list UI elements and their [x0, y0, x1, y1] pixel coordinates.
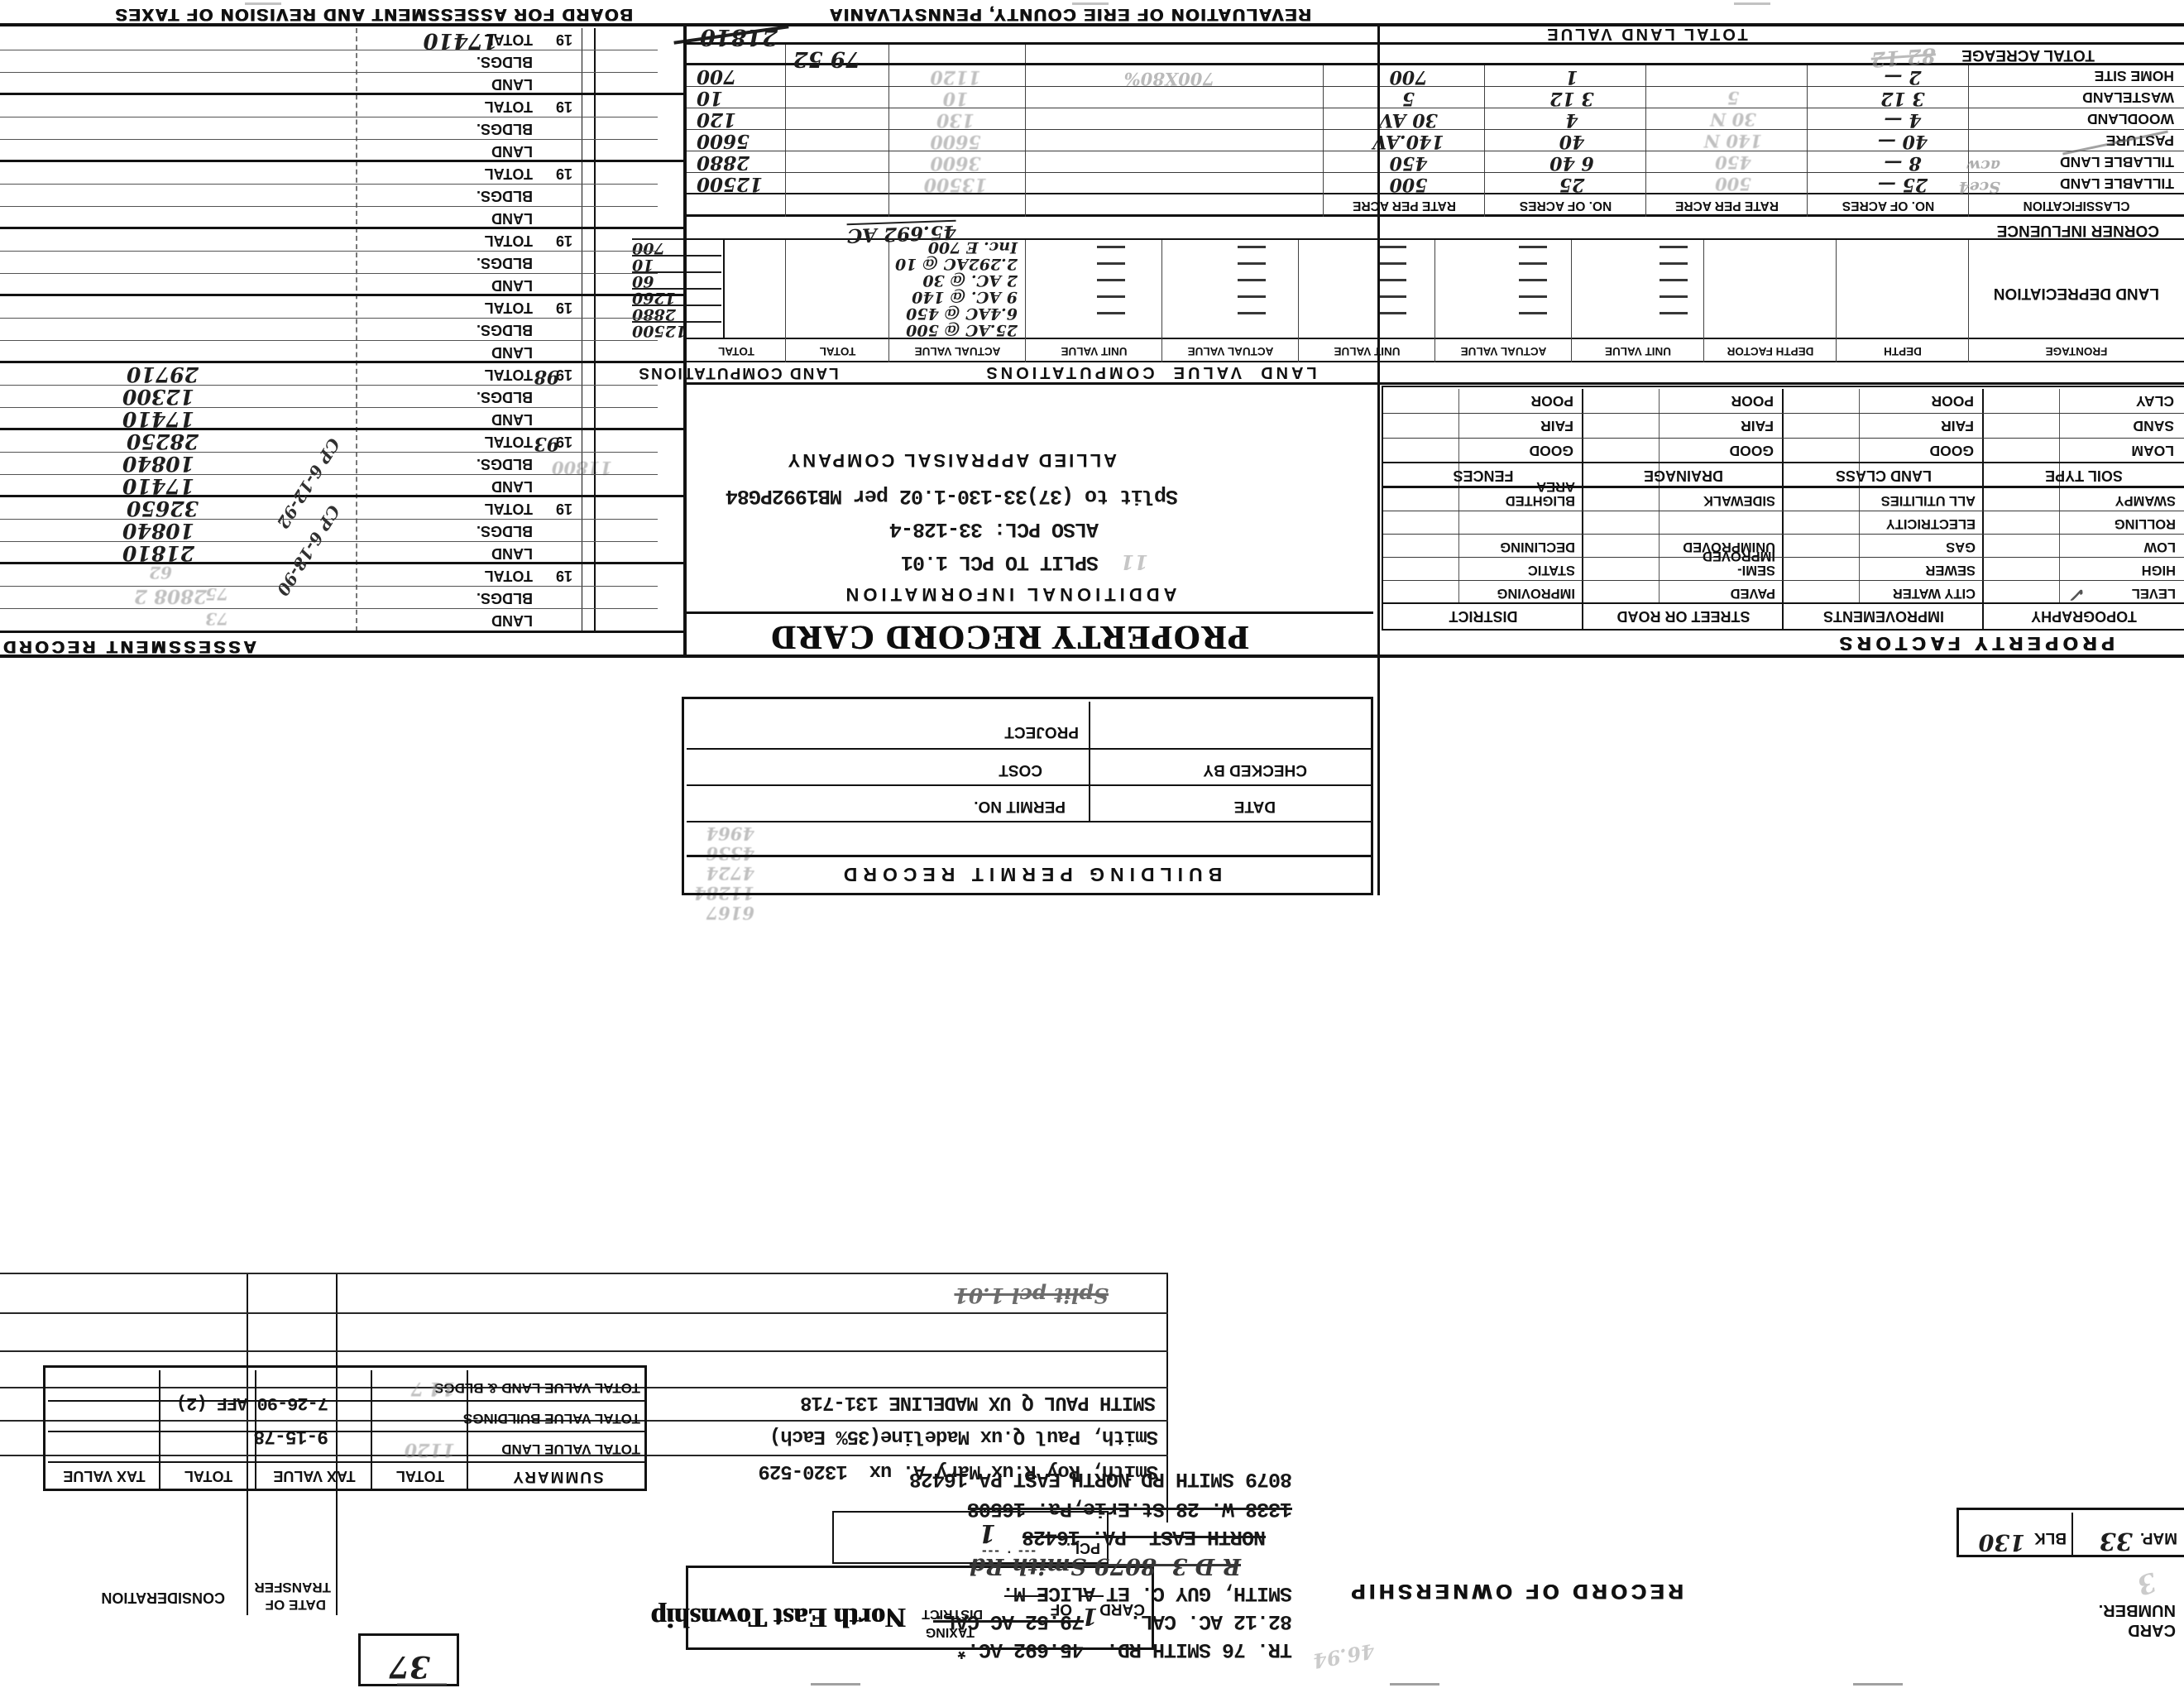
- class-label-4: WASTELAND: [2082, 90, 2174, 105]
- edge-speck-0: [1853, 1683, 1903, 1686]
- landcomp-colhead-5: UNIT VALUE: [1299, 342, 1435, 360]
- assessment-gutter-2: [582, 28, 582, 633]
- property-record-card-scan: CARDNUMBER.3MAP.33BLK130CARD1OFTAXINGDIS…: [0, 0, 2184, 1688]
- assessment-row-line-a-8: [0, 72, 658, 73]
- permit-title: BUILDING PERMIT RECORD: [687, 861, 1373, 889]
- dep-dash-3-4: [1097, 279, 1125, 281]
- assessment-label-total-7: TOTAL: [485, 98, 533, 114]
- address-line-2: 82.12 AC. CAL.: [1130, 1610, 1292, 1632]
- landcomp-vline-upper-7: [1025, 240, 1026, 362]
- summary-row-pencil-2: 14 7: [410, 1379, 455, 1398]
- class-total-4: 10: [697, 88, 784, 108]
- class-acres1-2: 40 —: [1853, 131, 1952, 151]
- assessment-row-line-a-1: [0, 541, 658, 542]
- factors-header-2: STREET OR ROAD: [1583, 606, 1784, 627]
- edge-speck-b-1: [1072, 3, 1109, 6]
- banner-bottom-rule: [687, 611, 1373, 614]
- ownership-rule-4: [0, 1312, 1168, 1314]
- permit-no-label: PERMIT NO.: [974, 798, 1066, 814]
- landcomp-colhead-3: UNIT VALUE: [1572, 342, 1704, 360]
- landcomp-vline-upper-4: [1434, 240, 1435, 362]
- landcomp-vline-upper-6: [1161, 240, 1162, 362]
- assessment-gutter-1: [595, 28, 596, 633]
- additional-line-1: SPLIT TO PCL 1.01: [902, 551, 1099, 573]
- assessment-row-line-b-8: [0, 50, 658, 50]
- assessment-year-prefix-5: 19: [556, 233, 572, 248]
- landcomp-hline-acreage: [687, 64, 2184, 66]
- dep-calc-2: 9 AC. @ 140: [912, 288, 1018, 305]
- ownership-col-date-1: DATE OF: [266, 1597, 326, 1612]
- map-value: 33: [2100, 1529, 2133, 1554]
- assessment-g0-pencil-b: 73: [205, 610, 228, 627]
- soil-header-1: LAND CLASS: [1784, 465, 1984, 487]
- summary-hline-2: [48, 1401, 647, 1403]
- assessment-label-land-6: LAND: [491, 210, 533, 226]
- assessment-row-line-a-0: [0, 608, 658, 609]
- assessment-year-prefix-4: 19: [556, 300, 572, 315]
- landcomp-vline-upper-5: [1298, 240, 1299, 362]
- soil-cell-1-1: FAIR: [1941, 419, 1974, 434]
- ownership-entry-2: SMITH PAUL Q UX MADELINE 131-718: [801, 1392, 1156, 1412]
- factors-cell-1-1: SEWER: [1868, 563, 1976, 578]
- landcomp-colhead-10: TOTAL: [687, 342, 786, 360]
- factors-hline-3: [1383, 511, 2184, 511]
- address-line-6-struck: 1338 W. 28 St.Erie,Pa. 16508: [968, 1498, 1292, 1519]
- additional-line-3: Split to (37)33-130-1.02 per MB1992PG84: [726, 485, 1178, 506]
- assessment-row-line-b-5: [0, 251, 658, 252]
- class-rate2-0: 500: [1336, 174, 1481, 194]
- class-acres2-1: 6 40: [1501, 152, 1642, 172]
- factors-subvline-2: [1659, 389, 1660, 604]
- class-total-1: 2880: [697, 152, 784, 172]
- township-name: North East Township: [651, 1602, 906, 1632]
- dep-dash-1-3: [1238, 312, 1266, 314]
- dep-calc-4: 2.292AC @ 10: [895, 255, 1018, 271]
- landcomp-title-right: LAND COMPUTATIONS: [614, 362, 862, 382]
- summary-col-0: TOTAL: [372, 1465, 468, 1488]
- assessment-label-bldgs-1: BLDGS.: [477, 523, 533, 539]
- dep-dash-4-0: [1660, 262, 1688, 265]
- divider-factors-permit: [1378, 25, 1381, 895]
- footer-revaluation: REVALUATION OF ERIE COUNTY, PENNSYLVANIA: [828, 5, 1311, 23]
- permit-date-label: DATE: [1234, 798, 1276, 814]
- assessment-label-total-4: TOTAL: [485, 300, 533, 315]
- factors-cell-0-3: IMPROVING: [1468, 587, 1575, 601]
- landcomp-colhead-0: FRONTAGE: [1969, 342, 2184, 360]
- landcomp-hline-title: [687, 361, 2184, 362]
- assessment-label-total-2: TOTAL: [485, 434, 533, 449]
- factors-header-0: TOPOGRAPHY: [1984, 606, 2184, 627]
- permit-checked-label: CHECKED BY: [1203, 761, 1307, 778]
- soil-cell-0-3: GOOD: [1530, 444, 1573, 458]
- landcomp-colhead-9: TOTAL: [786, 342, 889, 360]
- summary-row-label-1: TOTAL VALUE BUILDINGS: [463, 1411, 640, 1426]
- class-rate1-4: 5: [1671, 88, 1795, 108]
- assessment-value-bldgs-1: 10840: [122, 520, 194, 541]
- assessment-label-total-5: TOTAL: [485, 233, 533, 248]
- soil-cell-2-3: POOR: [1530, 394, 1573, 409]
- assessment-value-land-1: 21810: [122, 542, 194, 563]
- class-total-3: 120: [697, 109, 784, 129]
- address-line-5-struck: NORTH EAST PA. 16428: [1023, 1526, 1266, 1547]
- factors-hline-soil-head: [1383, 462, 2184, 463]
- dep-dash-3-0: [1660, 279, 1688, 281]
- pencil-stack-0: 6167: [706, 904, 754, 922]
- soil-cell-2-2: POOR: [1731, 394, 1774, 409]
- assessment-label-total-8: TOTAL: [485, 31, 533, 47]
- class-rate2-4: 5: [1336, 88, 1481, 108]
- assessment-year-3: 98: [534, 367, 559, 386]
- ownership-entry-0: Smith, Roy R.ux Mary A. ux 1320-529: [759, 1460, 1158, 1481]
- class-actual-4: 10: [889, 88, 1022, 108]
- class-total-0: 12500: [697, 174, 784, 194]
- class-rate1-2: 140 N: [1671, 131, 1795, 151]
- landcomp-vline-upper-8: [888, 240, 889, 362]
- assessment-label-bldgs-3: BLDGS.: [477, 389, 533, 405]
- summary-title: SUMMARY: [468, 1465, 647, 1488]
- factors-vline-2: [1582, 389, 1583, 631]
- factors-cell-4-1: ALL UTILITIES: [1868, 494, 1976, 508]
- additional-line-2: ALSO PCL: 33-128-4: [890, 518, 1099, 539]
- dep-dash-4-1: [1519, 262, 1547, 265]
- factors-title: PROPERTY FACTORS: [1835, 634, 2115, 654]
- factors-hline-2: [1383, 534, 2184, 535]
- assessment-label-total-6: TOTAL: [485, 165, 533, 181]
- total-acreage-label: TOTAL ACREAGE: [1961, 46, 2095, 63]
- class-rate2-3: 30 AV: [1336, 109, 1481, 129]
- factors-header-3: DISTRICT: [1383, 606, 1583, 627]
- dep-dash-2-2: [1378, 295, 1406, 298]
- assessment-label-bldgs-8: BLDGS.: [477, 54, 533, 70]
- class-label-3: WOODLAND: [2087, 112, 2174, 127]
- class-vline-4: [1323, 65, 1324, 217]
- assessment-title: ASSESSMENT RECORD: [0, 637, 256, 655]
- dep-sum-4: 10: [632, 255, 721, 272]
- dep-dash-5-3: [1238, 246, 1266, 248]
- assessment-row-line-b-4: [0, 318, 658, 319]
- permit-hline-title: [687, 856, 1373, 858]
- class-acres2-2: 40: [1501, 131, 1642, 151]
- permit-cost-label: COST: [999, 761, 1042, 778]
- factors-cell-4-2: SIDEWALK: [1668, 494, 1775, 508]
- total-acreage-value: 79 52: [793, 47, 860, 70]
- soil-header-0: SOIL TYPE: [1984, 465, 2184, 487]
- assessment-year-2: 93: [534, 434, 559, 453]
- dep-dash-5-1: [1519, 246, 1547, 248]
- dep-calc-0: 25.AC @ 500: [906, 321, 1018, 338]
- dep-sum-2: 1260: [632, 288, 721, 305]
- assessment-year-prefix-6: 19: [556, 165, 572, 181]
- assessment-g0-pencil-c: 75: [205, 585, 228, 602]
- assessment-value-bldgs-3: 12300: [122, 386, 194, 407]
- assessment-value-total-1: 32650: [127, 497, 199, 519]
- dep-dash-1-4: [1097, 312, 1125, 314]
- assessment-group-sep-3: [0, 429, 687, 431]
- class-acres2-3: 4: [1501, 109, 1642, 129]
- class-label-5: HOME SITE: [2095, 69, 2174, 84]
- class-acres1-1: 8 —: [1853, 152, 1952, 172]
- assessment-group-sep-1: [0, 563, 687, 565]
- landcomp-colhead-1: DEPTH: [1837, 342, 1969, 360]
- class-rate1-3: 30 N: [1671, 109, 1795, 129]
- soil-hline-1: [1383, 413, 2184, 414]
- landcomp-vline-upper-9: [785, 240, 786, 362]
- factors-cell-4-0: SWAMPY: [2068, 494, 2176, 508]
- landcomp-colhead-6: ACTUAL VALUE: [1162, 342, 1299, 360]
- assessment-row-line-a-7: [0, 139, 658, 140]
- dep-dash-3-1: [1519, 279, 1547, 281]
- class-acres2-0: 25: [1501, 174, 1642, 194]
- class-label-1: TILLABLE LAND: [2060, 155, 2174, 170]
- assessment-value-land-2: 17410: [122, 475, 194, 496]
- assessment-label-land-8: LAND: [491, 76, 533, 92]
- factors-vline-0: [1982, 389, 1984, 631]
- soil-cell-0-1: GOOD: [1930, 444, 1974, 458]
- assessment-group-sep-6: [0, 228, 687, 230]
- value-vline-2: [785, 45, 786, 217]
- class-script-0: Sce4: [1958, 178, 2000, 194]
- assessment-group-sep-8: [0, 94, 687, 96]
- dep-dash-2-1: [1519, 295, 1547, 298]
- class-vline-3: [1484, 65, 1485, 217]
- dep-dash-5-2: [1378, 246, 1406, 248]
- class-actual-3: 130: [889, 109, 1022, 129]
- class-acres1-0: 25 —: [1853, 174, 1952, 194]
- blk-value: 130: [1979, 1530, 2025, 1553]
- edge-speck-b-0: [1734, 3, 1770, 6]
- class-script-1: acw: [1967, 156, 2000, 173]
- assessment-value-land-3: 17410: [122, 408, 194, 429]
- class-total-5: 700: [697, 66, 784, 86]
- soil-cell-0-0: LOAM: [2131, 444, 2174, 458]
- class-actual-5: 1120: [889, 66, 1022, 86]
- class-acres2-5: 1: [1501, 66, 1642, 86]
- class-acres1-4: 3 12: [1853, 88, 1952, 108]
- address-pencil-note: 46.94: [1311, 1640, 1376, 1671]
- factors-cell-3-1: ELECTRICITY: [1868, 517, 1976, 531]
- class-label-0: TILLABLE LAND: [2060, 176, 2174, 191]
- map-blk-divider: [2071, 1513, 2073, 1557]
- ownership-rule-3: [0, 1350, 1168, 1352]
- edge-speck-b-2: [245, 3, 281, 6]
- dep-dash-4-3: [1238, 262, 1266, 265]
- summary-col-2: TOTAL: [160, 1465, 256, 1488]
- assessment-group-sep-7: [0, 161, 687, 163]
- class-acres1-3: 4 —: [1853, 109, 1952, 129]
- assessment-label-total-1: TOTAL: [485, 501, 533, 516]
- soil-header-3: FENCES: [1383, 465, 1583, 487]
- edge-speck-3: [397, 1683, 447, 1686]
- factors-cell-2-2: UNIMPROVED: [1668, 540, 1775, 554]
- district-37-value: 37: [389, 1650, 430, 1681]
- summary-col-3: TAX VALUE: [48, 1465, 160, 1488]
- assessment-title-rule: [0, 631, 687, 634]
- assessment-label-land-3: LAND: [491, 411, 533, 427]
- dep-dash-2-0: [1660, 295, 1688, 298]
- assessment-row-line-a-3: [0, 407, 658, 408]
- address-line-2-struck: 79.52 AC CAL.: [933, 1610, 1084, 1632]
- soil-cell-2-1: POOR: [1931, 394, 1974, 409]
- corner-label: CORNER INFLUENCE: [1997, 222, 2159, 238]
- edge-speck-2: [811, 1683, 860, 1686]
- dep-dash-2-3: [1238, 295, 1266, 298]
- landcomp-top-rule: [687, 382, 2184, 385]
- card-rotated-180: CARDNUMBER.3MAP.33BLK130CARD1OFTAXINGDIS…: [0, 0, 2184, 1688]
- assessment-value-total-2: 28250: [127, 430, 199, 452]
- address-line-4-struck: R D 3 8079 Smith Rd: [970, 1554, 1241, 1577]
- summary-hline-header: [48, 1461, 647, 1463]
- summary-hline-1: [48, 1431, 647, 1433]
- edge-speck-1: [1390, 1683, 1439, 1686]
- class-row-line-4: [687, 108, 2184, 108]
- class-actual-0: 13500: [889, 174, 1022, 194]
- class-rate2-5: 700: [1336, 66, 1481, 86]
- address-line-3: SMITH, GUY C. ET ALICE M.: [1003, 1582, 1292, 1604]
- assessment-label-land-7: LAND: [491, 143, 533, 159]
- landcomp-vline-upper-0: [1968, 240, 1969, 362]
- soil-cell-2-0: CLAY: [2136, 394, 2174, 409]
- outer-bottom-rule: [0, 24, 2184, 27]
- factors-hline-0: [1383, 580, 2184, 581]
- assessment-group-sep-2: [0, 496, 687, 498]
- landcomp-colhead-8: ACTUAL VALUE: [889, 342, 1026, 360]
- assessment-g0-pencil-d: 62: [149, 563, 172, 581]
- total-acreage-struck: 82 12: [1870, 44, 1937, 70]
- dep-dash-1-0: [1660, 312, 1688, 314]
- factors-cell-2-0: LOW: [2068, 540, 2176, 554]
- depreciation-label: LAND DEPRECIATION: [1994, 285, 2159, 301]
- class-actual-1: 3600: [889, 152, 1022, 172]
- landcomp-vline-upper-3: [1571, 240, 1572, 362]
- address-line-1: TR. 76 SMITH RD. 45.692 AC.*: [956, 1638, 1292, 1660]
- factors-cell-0-2: PAVED: [1668, 587, 1775, 601]
- assessment-label-land-2: LAND: [491, 478, 533, 494]
- assessment-row-line-a-2: [0, 474, 658, 475]
- factors-subvline-0: [2059, 389, 2060, 604]
- assessment-row-line-b-7: [0, 117, 658, 117]
- landcomp-title-left: LAND VALUE COMPUTATIONS: [860, 362, 1439, 382]
- card-number-pencil: 3: [2134, 1567, 2160, 1599]
- additional-title: ADDITIONAL INFORMATION: [728, 583, 1291, 606]
- soil-cell-1-3: FAIR: [1540, 419, 1573, 434]
- ownership-rule-5: [0, 1273, 1168, 1274]
- ownership-vline-left: [1166, 1274, 1168, 1523]
- additional-line1-pencil: 11: [1121, 552, 1148, 573]
- dep-dash-1-1: [1519, 312, 1547, 314]
- assessment-row-line-a-4: [0, 340, 658, 341]
- factors-subvline-3: [1458, 389, 1459, 604]
- permit-project-label: PROJECT: [1004, 723, 1079, 740]
- class-rate2-2: 140.AV: [1336, 131, 1481, 151]
- dep-sum-1: 2880: [632, 305, 721, 322]
- landcomp-vline-upper-1: [1836, 240, 1837, 362]
- class-rate1-1: 450: [1671, 152, 1795, 172]
- value-vline-0: [1025, 45, 1026, 217]
- assessment-row-line-b-0: [0, 586, 658, 587]
- factors-vline-1: [1782, 389, 1784, 631]
- summary-col-1: TAX VALUE: [256, 1465, 372, 1488]
- corner-value: 45.692 AC: [846, 220, 956, 246]
- assessment-label-bldgs-5: BLDGS.: [477, 255, 533, 271]
- factors-cell-3-0: ROLLING: [2068, 517, 2176, 531]
- total-land-label: TOTAL LAND VALUE: [1390, 25, 1903, 43]
- dep-calc-3: 2 AC. @ 30: [922, 271, 1018, 288]
- dep-sum-5: 700: [632, 238, 721, 256]
- dep-dash-5-0: [1660, 246, 1688, 248]
- dep-dash-2-4: [1097, 295, 1125, 298]
- assessment-label-land-4: LAND: [491, 344, 533, 360]
- class-vline-1: [1807, 65, 1808, 217]
- assessment-group-sep-4: [0, 362, 687, 364]
- soil-cell-0-2: GOOD: [1730, 444, 1774, 458]
- factors-cell-2-3: DECLINING: [1468, 540, 1575, 554]
- map-label: MAP.: [2140, 1529, 2177, 1546]
- class-total-2: 5600: [697, 131, 784, 151]
- ownership-col-consideration: CONSIDERATION: [101, 1590, 225, 1605]
- soil-hline-0: [1383, 438, 2184, 439]
- factors-header-1: IMPROVEMENTS: [1784, 606, 1984, 627]
- ownership-entry-1: Smith, Paul Q.ux Madeline(35% Each): [770, 1426, 1158, 1446]
- permit-hline-1: [687, 822, 1373, 823]
- assessment-group-sep-5: [0, 295, 687, 297]
- dep-dash-3-2: [1378, 279, 1406, 281]
- dep-dash-4-2: [1378, 262, 1406, 265]
- factors-hline-header: [1383, 602, 2184, 604]
- assessment-label-bldgs-2: BLDGS.: [477, 456, 533, 472]
- factors-level-check: ✓: [2071, 584, 2086, 604]
- soil-cell-1-0: SAND: [2133, 419, 2174, 434]
- dep-dash-1-2: [1378, 312, 1406, 314]
- soil-cell-1-2: FAIR: [1741, 419, 1774, 434]
- class-header-4: RATE PER ACRE: [1324, 195, 1485, 215]
- card-number-label-2: NUMBER.: [2099, 1601, 2176, 1618]
- assessment-row-line-b-6: [0, 184, 658, 185]
- dep-dash-3-3: [1238, 279, 1266, 281]
- dep-dash-4-4: [1097, 262, 1125, 265]
- assessment-label-total-3: TOTAL: [485, 367, 533, 382]
- summary-row-pencil-0: 1120: [405, 1440, 455, 1459]
- assessment-label-total-0: TOTAL: [485, 568, 533, 583]
- pcl-value: 1: [979, 1520, 996, 1547]
- homesite-pencil: 700X80%: [1124, 70, 1214, 88]
- class-header-1: NO. OF ACRES: [1808, 195, 1969, 215]
- assessment-label-land-1: LAND: [491, 545, 533, 561]
- assessment-year-prefix-0: 19: [556, 568, 572, 583]
- class-rate1-0: 500: [1671, 174, 1795, 194]
- assessment-label-bldgs-4: BLDGS.: [477, 322, 533, 338]
- class-actual-2: 5600: [889, 131, 1022, 151]
- assessment-year-prefix-1: 19: [556, 501, 572, 516]
- factors-subvline-1: [1859, 389, 1860, 604]
- dep-dash-5-4: [1097, 246, 1125, 248]
- assessment-row-line-a-5: [0, 273, 658, 274]
- ownership-title: RECORD OF OWNERSHIP: [1348, 1580, 1683, 1602]
- factors-cell-2-1: GAS: [1868, 540, 1976, 554]
- assessment-label-land-0: LAND: [491, 612, 533, 628]
- factors-cell-0-1: CITY WATER: [1868, 587, 1976, 601]
- landcomp-colhead-4: ACTUAL VALUE: [1435, 342, 1572, 360]
- card-number-label-1: CARD: [2128, 1621, 2176, 1638]
- dep-sum-3: 60: [632, 271, 721, 289]
- permit-vline: [1089, 702, 1090, 822]
- class-header-3: NO. OF ACRES: [1485, 195, 1646, 215]
- card-of-value: 1: [1082, 1604, 1098, 1628]
- landcomp-colhead-7: UNIT VALUE: [1026, 342, 1162, 360]
- assessment-g0-pencil-a: 2808 2: [134, 586, 207, 606]
- class-row-line-1: [687, 172, 2184, 173]
- class-header-0: CLASSIFICATION: [1969, 195, 2184, 215]
- dep-calc-1: 6.4AC @ 450: [906, 305, 1018, 321]
